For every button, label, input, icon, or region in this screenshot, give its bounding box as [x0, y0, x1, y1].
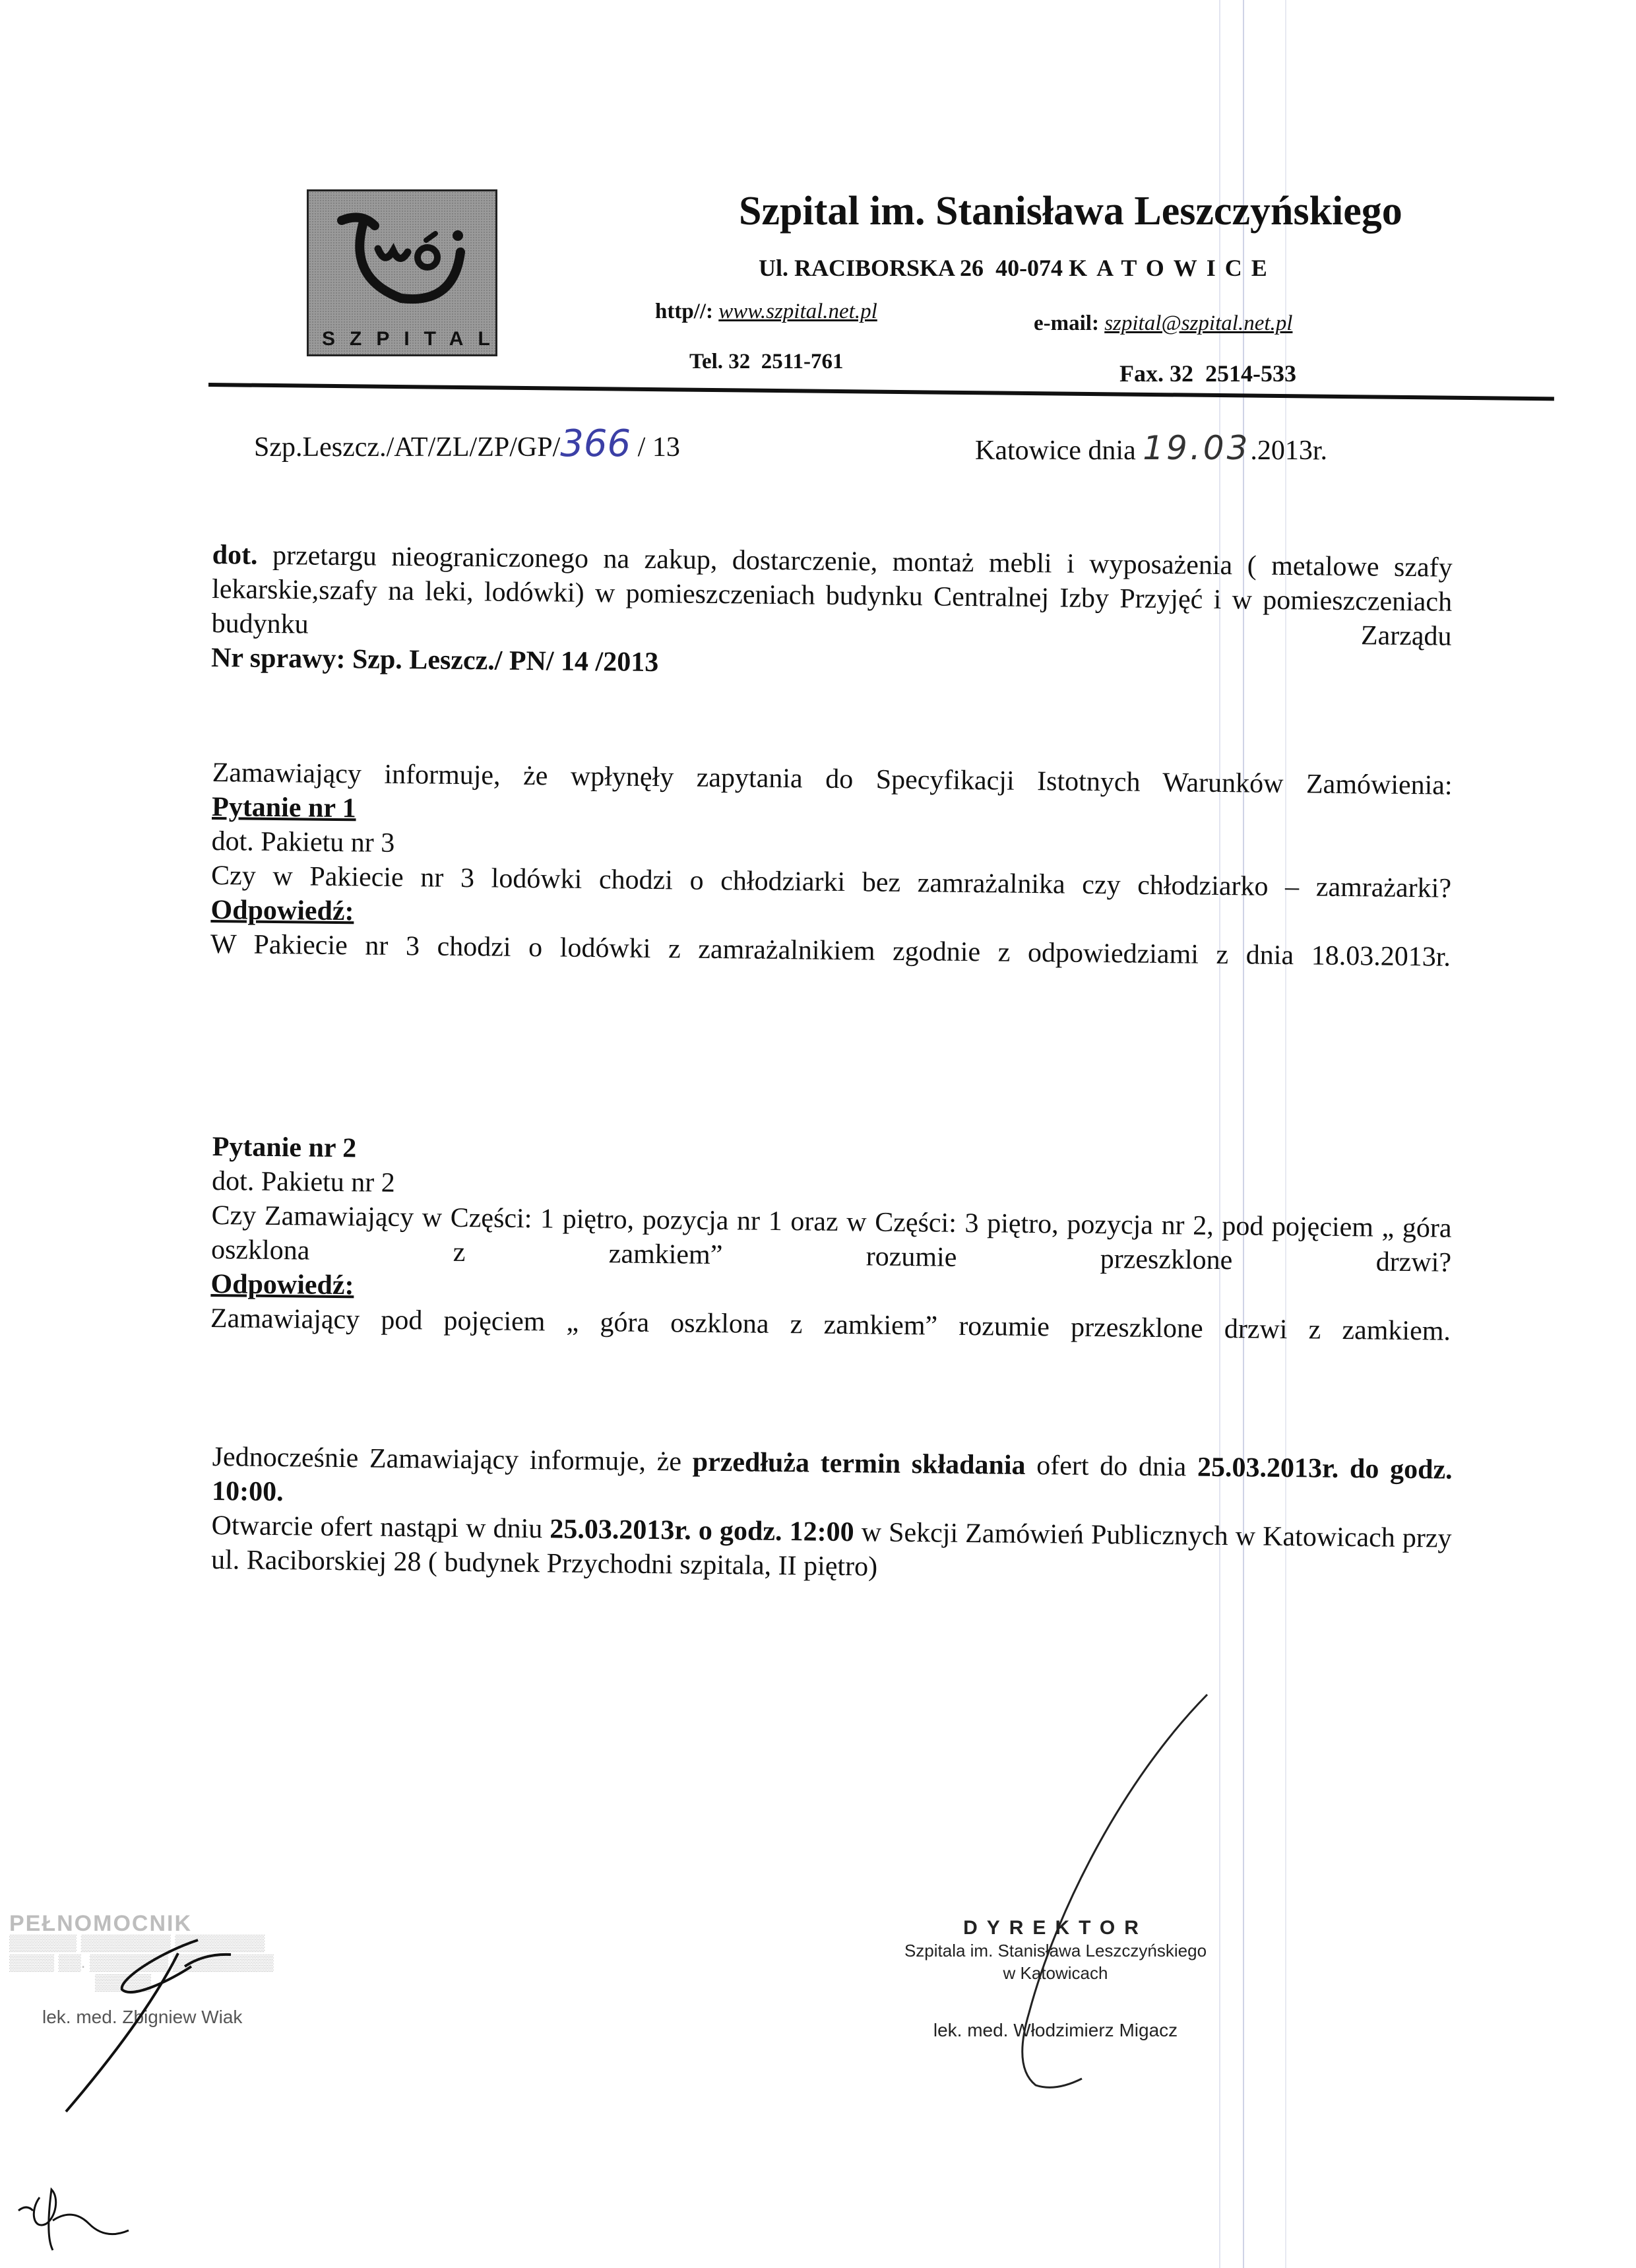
date-prefix: Katowice dnia: [975, 436, 1143, 466]
scan-artifact-line: [1243, 0, 1244, 2268]
hospital-name: Szpital im. Stanisława Leszczyńskiego: [739, 188, 1402, 235]
phone-label: Tel.: [689, 350, 723, 373]
handwritten-date: 19.03: [1143, 429, 1250, 467]
website-link[interactable]: www.szpital.net.pl: [718, 300, 877, 323]
question-text: Czy Zamawiający w Części: 1 piętro, pozy…: [211, 1198, 1452, 1280]
subject-text: przetargu nieograniczonego na zakup, dos…: [211, 540, 1452, 652]
website: http//: www.szpital.net.pl: [655, 300, 877, 324]
phone: Tel. 32 2511-761: [689, 350, 843, 374]
email: e-mail: szpital@szpital.net.pl: [1034, 311, 1292, 336]
text: ofert do dnia: [1025, 1450, 1197, 1483]
reference-prefix: Szp.Leszcz./AT/ZL/ZP/GP/: [254, 432, 560, 463]
postal-code: 40-074: [995, 255, 1063, 281]
smile-logo-icon: [322, 199, 480, 325]
question-1-block: Zamawiający informuje, że wpłynęły zapyt…: [210, 756, 1453, 975]
website-label: http//:: [655, 300, 713, 323]
text: Jednocześnie Zamawiający informuje, że: [212, 1442, 693, 1477]
email-link[interactable]: szpital@szpital.net.pl: [1104, 311, 1292, 335]
street: Ul. RACIBORSKA 26: [759, 255, 984, 281]
subject-block: dot. przetargu nieograniczonego na zakup…: [211, 538, 1453, 688]
reference-suffix: / 13: [631, 432, 680, 463]
stamp-faded-text: ▒▒▒▒▒: [9, 1973, 365, 1993]
subject-label: dot.: [212, 540, 257, 571]
director-stamp: DYREKTOR Szpitala im. Stanisława Leszczy…: [871, 1917, 1240, 2041]
fax-label: Fax.: [1119, 360, 1164, 387]
header-divider: [208, 383, 1554, 401]
stamp-faded-text: ▒▒▒▒▒▒ ▒▒▒▒▒▒▒▒ ▒▒▒▒▒▒▒▒: [9, 1933, 365, 1953]
stamp-title: DYREKTOR: [871, 1917, 1240, 1939]
text-bold: przedłuża termin składania: [693, 1447, 1026, 1481]
phone-number: 32 2511-761: [728, 350, 843, 373]
fax-number: 32 2514-533: [1170, 360, 1296, 387]
handwritten-number: 366: [560, 422, 631, 465]
email-label: e-mail:: [1034, 311, 1099, 335]
stamp-header: PEŁNOMOCNIK: [9, 1914, 365, 1933]
logo-text: SZPITAL: [309, 328, 495, 350]
scan-artifact-line: [1285, 0, 1286, 2268]
reference-number: Szp.Leszcz./AT/ZL/ZP/GP/366 / 13: [254, 422, 680, 465]
proxy-stamp: PEŁNOMOCNIK ▒▒▒▒▒▒ ▒▒▒▒▒▒▒▒ ▒▒▒▒▒▒▒▒ ▒▒▒…: [9, 1914, 365, 2027]
closing-block: Jednocześnie Zamawiający informuje, że p…: [211, 1440, 1453, 1590]
opening-info: Otwarcie ofert nastąpi w dniu 25.03.2013…: [211, 1508, 1452, 1590]
stamp-name: lek. med. Włodzimierz Migacz: [871, 2020, 1240, 2041]
question-2-block: Pytanie nr 2 dot. Pakietu nr 2 Czy Zamaw…: [210, 1130, 1453, 1349]
stamp-line: w Katowicach: [871, 1962, 1240, 1984]
document-date: Katowice dnia 19.03.2013r.: [975, 429, 1327, 467]
text: Otwarcie ofert nastąpi w dniu: [211, 1510, 550, 1544]
date-suffix: .2013r.: [1250, 436, 1327, 466]
deadline-extension: Jednocześnie Zamawiający informuje, że p…: [212, 1440, 1453, 1522]
stamp-line: Szpitala im. Stanisława Leszczyńskiego: [871, 1939, 1240, 1962]
city: KATOWICE: [1069, 255, 1276, 281]
fax: Fax. 32 2514-533: [1119, 360, 1296, 387]
subject: dot. przetargu nieograniczonego na zakup…: [211, 538, 1453, 654]
hospital-address: Ul. RACIBORSKA 26 40-074 KATOWICE: [759, 254, 1276, 282]
hospital-logo: SZPITAL: [307, 189, 497, 356]
stamp-name: lek. med. Zbigniew Wiak: [9, 2007, 365, 2027]
stamp-faded-text: ▒▒▒▒ ▒▒. ▒▒▒▒▒▒▒ ▒▒▒▒▒▒▒▒▒: [9, 1953, 365, 1973]
text-bold: 25.03.2013r. o godz. 12:00: [550, 1514, 854, 1547]
